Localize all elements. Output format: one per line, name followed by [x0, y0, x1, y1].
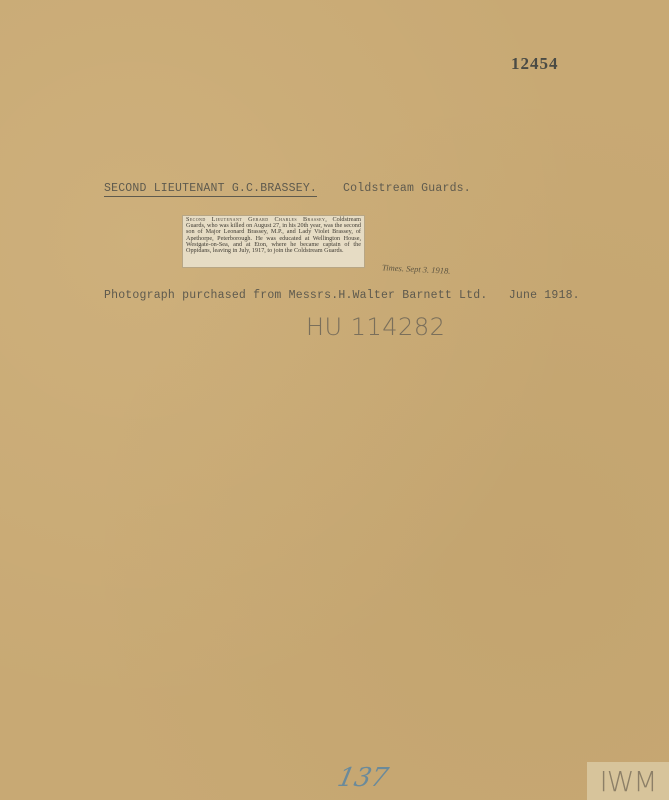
- heading-row: SECOND LIEUTENANT G.C.BRASSEY. Coldstrea…: [104, 182, 471, 197]
- clipping-body: , Coldstream Guards, who was killed on A…: [186, 216, 361, 254]
- officer-name: SECOND LIEUTENANT G.C.BRASSEY.: [104, 182, 317, 197]
- reference-number: 12454: [511, 54, 559, 74]
- page-number: 137: [335, 763, 391, 793]
- iwm-watermark: IWM: [587, 762, 669, 800]
- purchase-note: Photograph purchased from Messrs.H.Walte…: [104, 289, 580, 302]
- archive-page: 12454 SECOND LIEUTENANT G.C.BRASSEY. Col…: [0, 0, 669, 800]
- regiment: Coldstream Guards.: [343, 182, 471, 197]
- newspaper-clipping: Second Lieutenant Gerard Charles Brassey…: [182, 215, 365, 268]
- handwritten-date: Times. Sept 3. 1918.: [382, 262, 451, 276]
- handwritten-reference: HU 114282: [306, 313, 445, 341]
